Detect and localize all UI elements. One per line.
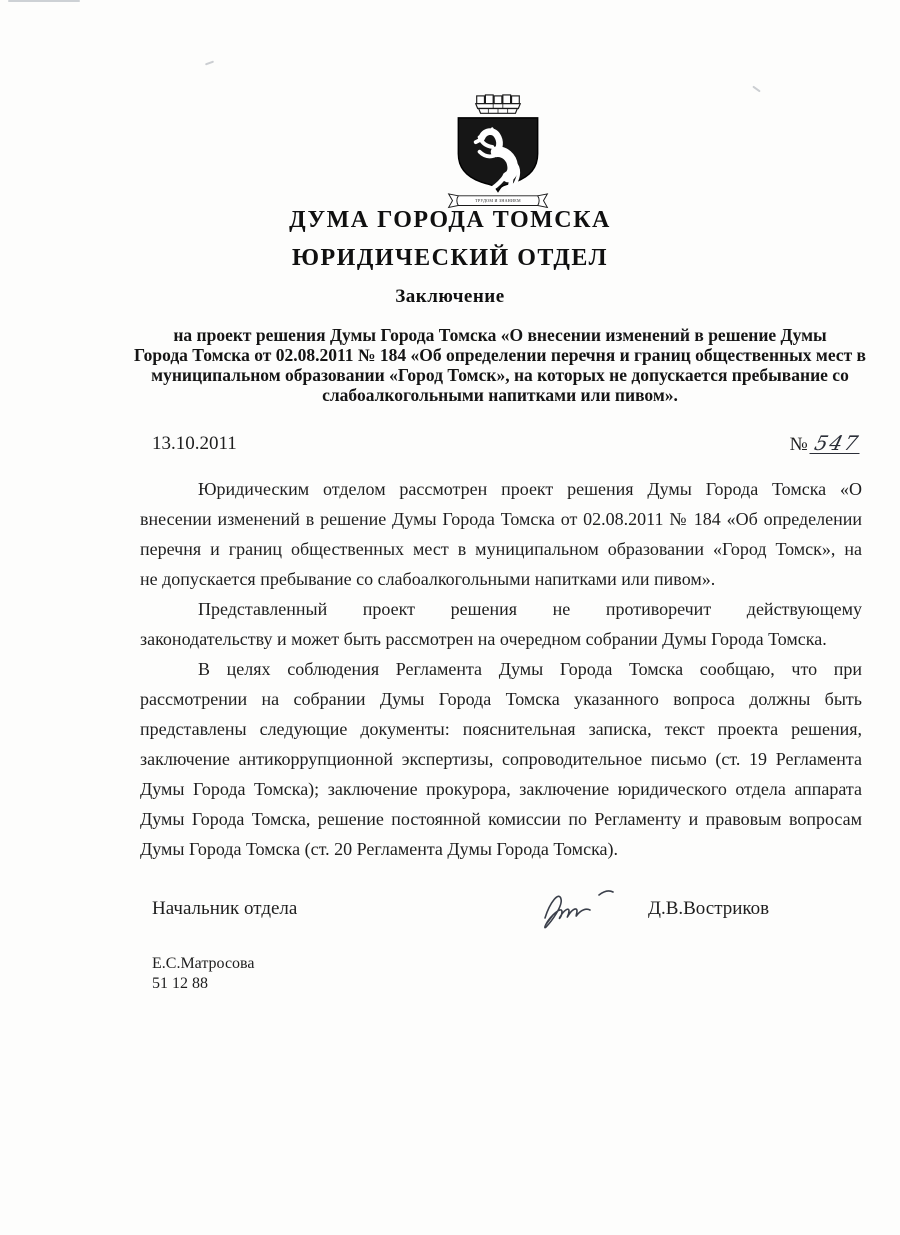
text-line: представлены следующие документы: поясни…: [140, 714, 862, 744]
text-line: Думы Города Томска, решение постоянной к…: [140, 804, 862, 834]
signature-row: Начальник отдела Д.В.Востриков: [0, 898, 900, 958]
body-text: Юридическим отделом рассмотрен проект ре…: [140, 474, 862, 864]
shield-horse-icon: [454, 115, 542, 192]
scan-artifact: [205, 61, 214, 66]
mural-crown-icon: [470, 93, 526, 114]
text-line: внесении изменений в решение Думы Города…: [140, 504, 862, 534]
text-line: Думы Города Томска); заключение прокурор…: [140, 774, 862, 804]
scan-artifact: [8, 0, 80, 2]
number-sign-label: №: [790, 434, 808, 455]
text-line: муниципальном образовании «Город Томск»,…: [75, 365, 900, 385]
text-line: Думы Города Томска (ст. 20 Регламента Ду…: [140, 834, 862, 864]
text-line: Города Томска от 02.08.2011 № 184 «Об оп…: [75, 345, 900, 365]
executor-block: Е.С.Матросова 51 12 88: [152, 954, 255, 994]
document-date: 13.10.2011: [152, 433, 237, 455]
paragraph-3: В целях соблюдения Регламента Думы Город…: [140, 654, 862, 864]
ribbon-text: ТРУДОМ И ЗНАНИЕМ: [475, 198, 521, 203]
handwritten-number: 547: [809, 433, 864, 454]
date-number-row: 13.10.2011 №547: [0, 433, 900, 459]
document-number: №547: [790, 433, 862, 456]
document-type-title: Заключение: [0, 286, 900, 308]
text-line: заключение антикоррупционной экспертизы,…: [140, 744, 862, 774]
text-line: на проект решения Думы Города Томска «О …: [75, 325, 900, 345]
executor-name: Е.С.Матросова: [152, 954, 255, 974]
executor-phone: 51 12 88: [152, 974, 255, 994]
document-page: ТРУДОМ И ЗНАНИЕМ ДУМА ГОРОДА ТОМСКА ЮРИД…: [0, 0, 900, 1235]
text-line: В целях соблюдения Регламента Думы Город…: [140, 654, 862, 684]
text-line: законодательству и может быть рассмотрен…: [140, 624, 862, 654]
paragraph-2: Представленный проект решения не противо…: [140, 594, 862, 654]
subject-paragraph: на проект решения Думы Города Томска «О …: [75, 325, 900, 405]
handwritten-signature: [533, 878, 653, 934]
text-line: перечня и границ общественных мест в мун…: [140, 534, 862, 564]
text-line: слабоалкогольными напитками или пивом».: [75, 385, 900, 405]
signer-name: Д.В.Востриков: [648, 898, 769, 920]
organization-name: ДУМА ГОРОДА ТОМСКА: [0, 207, 900, 234]
paragraph-1: Юридическим отделом рассмотрен проект ре…: [140, 474, 862, 594]
text-line: Юридическим отделом рассмотрен проект ре…: [140, 474, 862, 504]
scan-artifact: [752, 86, 761, 93]
text-line: Представленный проект решения не противо…: [140, 594, 862, 624]
text-line: рассмотрении на собрании Думы Города Том…: [140, 684, 862, 714]
signer-position-title: Начальник отдела: [152, 898, 297, 920]
text-line: не допускается пребывание со слабоалкого…: [140, 564, 862, 594]
tomsk-coat-of-arms: ТРУДОМ И ЗНАНИЕМ: [450, 93, 546, 211]
department-name: ЮРИДИЧЕСКИЙ ОТДЕЛ: [0, 245, 900, 272]
